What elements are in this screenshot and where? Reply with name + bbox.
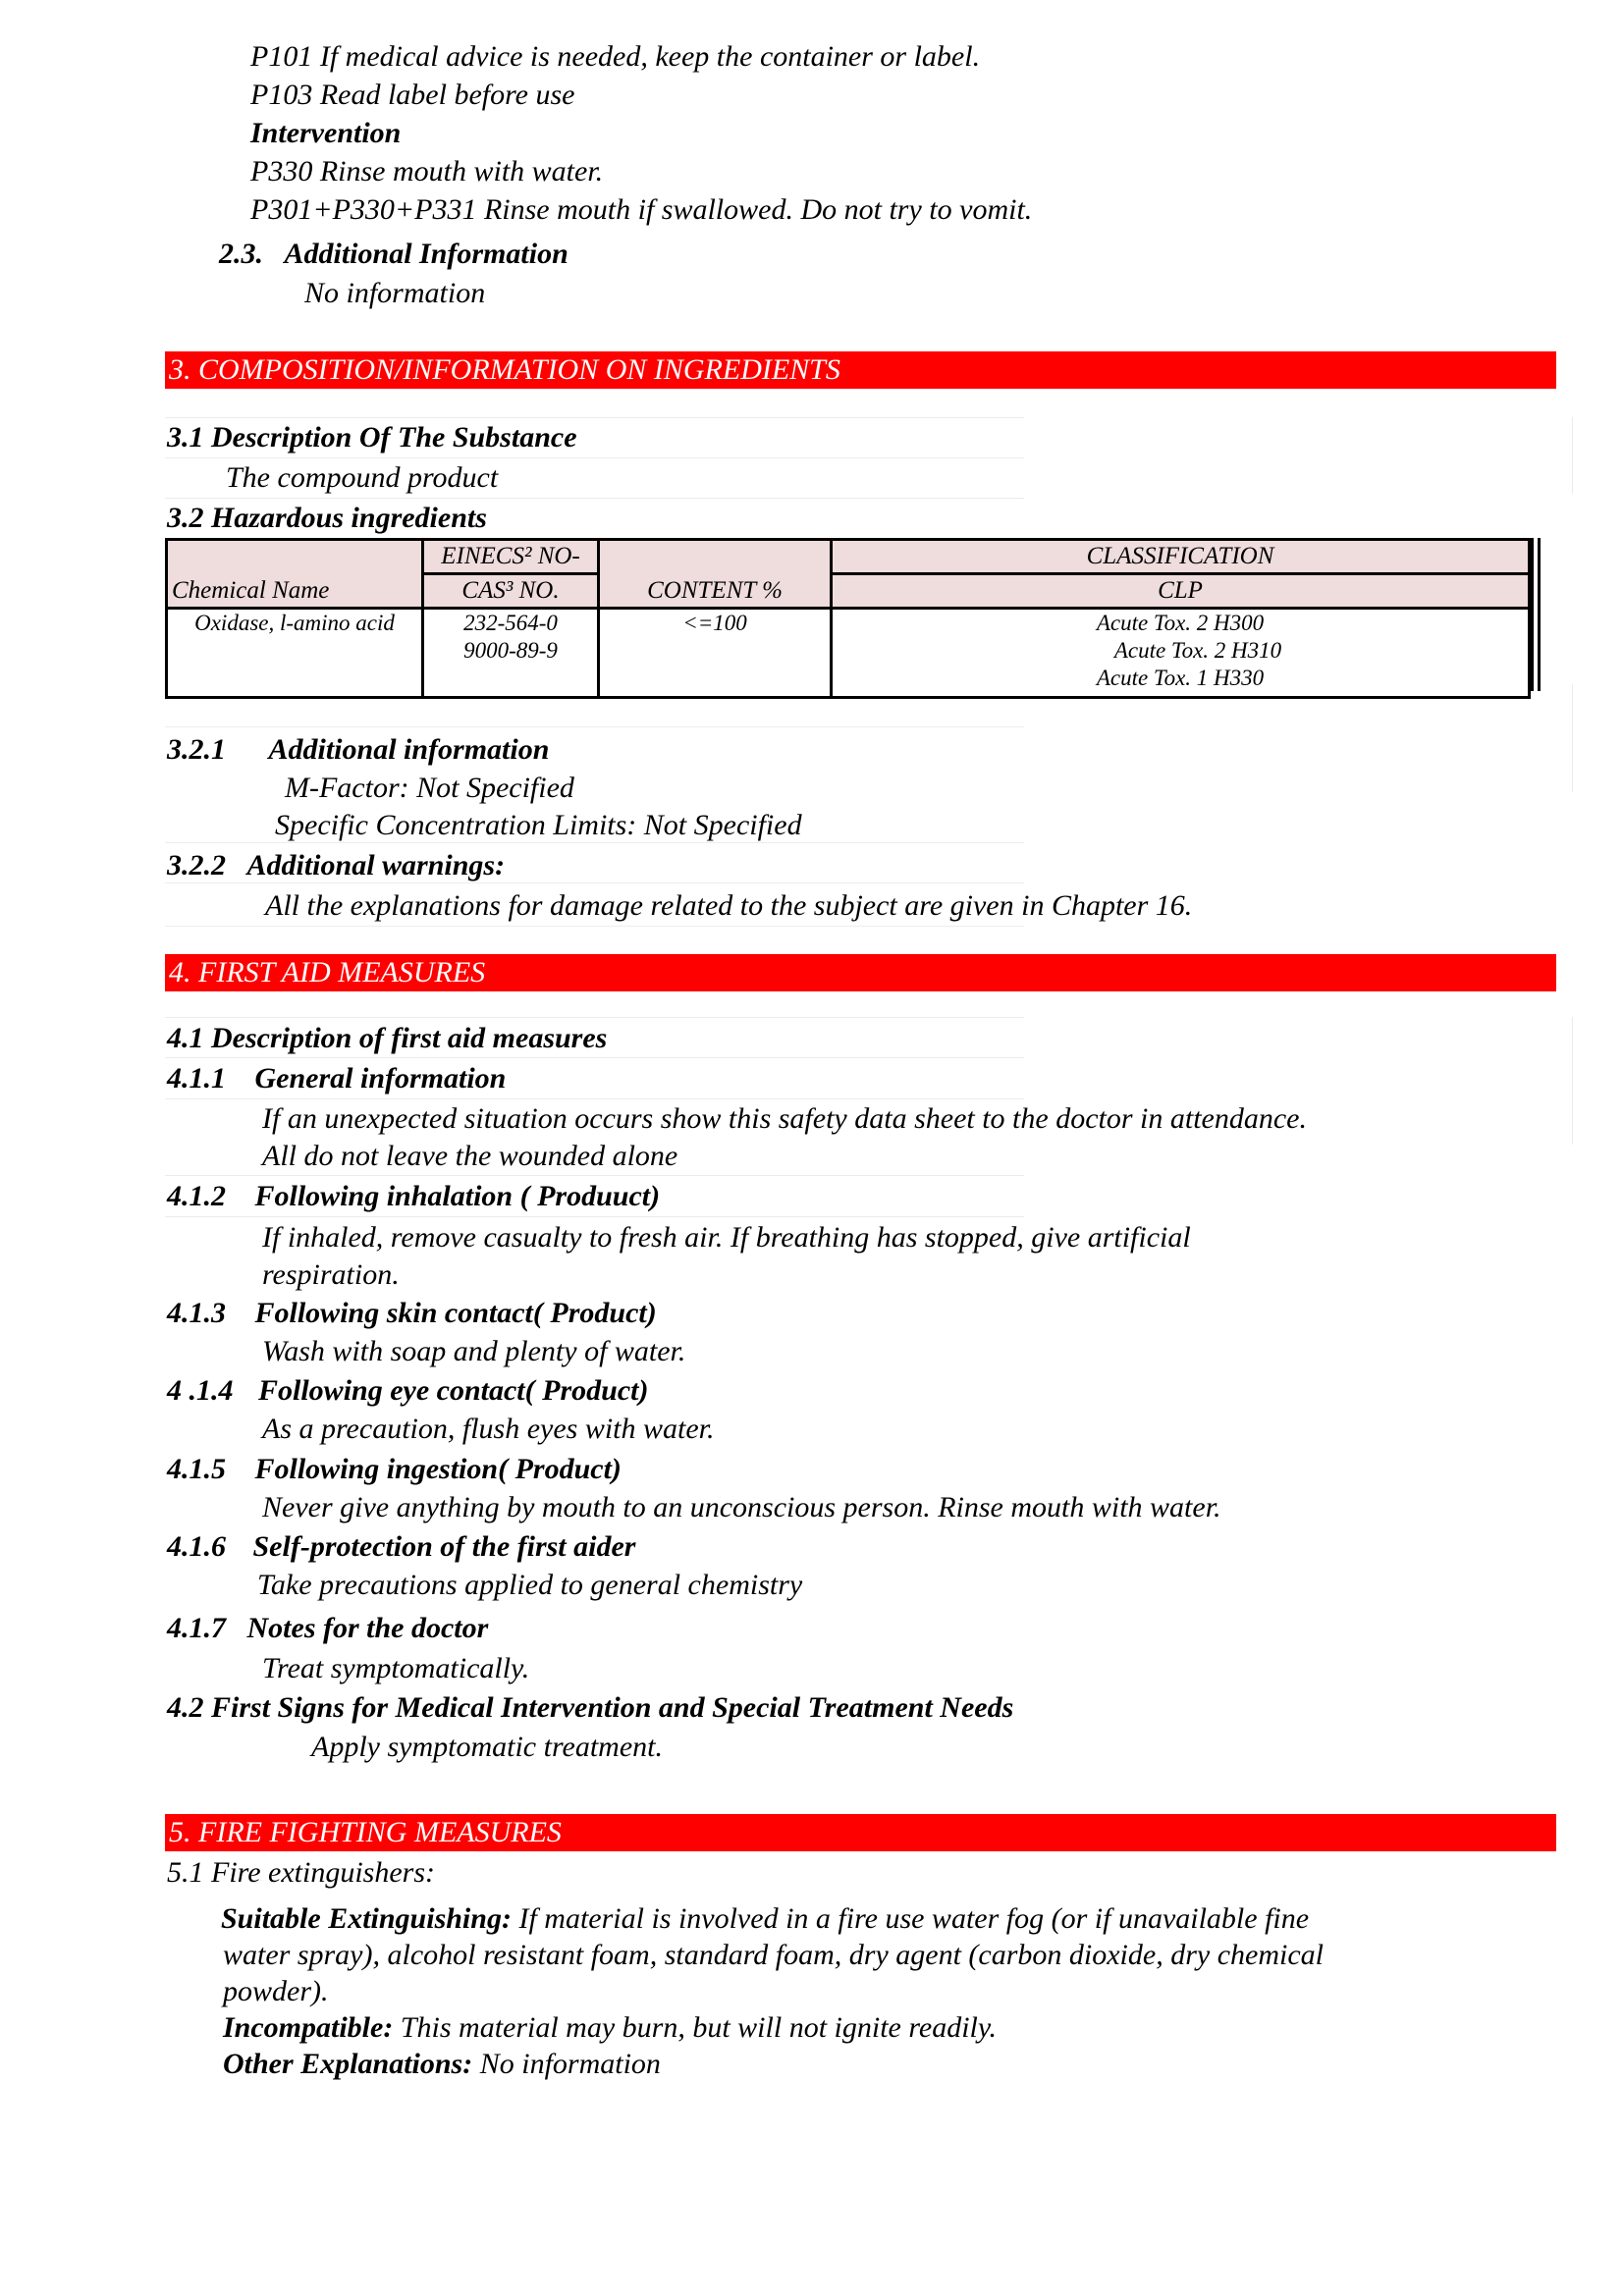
other-explanations: Other Explanations: No information (223, 2047, 661, 2082)
incompatible-label: Incompatible: (223, 2011, 393, 2044)
section-4-1-6-heading: 4.1.6 Self-protection of the first aider (167, 1529, 635, 1565)
incompatible: Incompatible: This material may burn, bu… (223, 2010, 997, 2046)
general-info-text: All do not leave the wounded alone (262, 1139, 677, 1174)
divider (165, 882, 1024, 883)
divider (165, 1098, 1024, 1099)
section-4-1-7-heading: 4.1.7 Notes for the doctor (167, 1611, 488, 1646)
section-title: Notes for the doctor (247, 1612, 489, 1644)
section-title: Following ingestion( Product) (255, 1453, 622, 1485)
precaution-p103: P103 Read label before use (250, 78, 574, 113)
treatment-text: Apply symptomatic treatment. (311, 1730, 663, 1765)
einecs-value: 232-564-0 (428, 610, 593, 637)
table-right-border (1531, 538, 1541, 691)
section-4-1-1-heading: 4.1.1 General information (167, 1061, 506, 1096)
section-4-1-3-heading: 4.1.3 Following skin contact( Product) (167, 1296, 657, 1331)
divider (1572, 1017, 1573, 1145)
concentration-limits: Specific Concentration Limits: Not Speci… (275, 808, 802, 843)
cell-clp: Acute Tox. 2 H300 Acute Tox. 2 H310 Acut… (832, 609, 1530, 698)
section-number: 4.1.5 (167, 1453, 226, 1485)
table-row: Oxidase, l-amino acid 232-564-0 9000-89-… (167, 609, 1530, 698)
divider (1572, 684, 1573, 792)
notes-doctor-text: Treat symptomatically. (262, 1651, 529, 1686)
section-number: 4.1.3 (167, 1297, 226, 1329)
section-number: 4 .1.4 (167, 1374, 234, 1407)
header-einecs: EINECS² NO- (423, 540, 599, 574)
header-chemical-name: Chemical Name (167, 540, 423, 609)
section-4-1-4-heading: 4 .1.4 Following eye contact( Product) (167, 1373, 648, 1409)
suitable-label: Suitable Extinguishing: (221, 1902, 512, 1935)
divider (165, 1017, 1024, 1018)
intervention-heading: Intervention (250, 116, 401, 151)
section-3-2-1-heading: 3.2.1 Additional information (167, 732, 549, 768)
section-3-banner: 3. COMPOSITION/INFORMATION ON INGREDIENT… (165, 351, 1556, 389)
additional-info-text: No information (304, 276, 485, 311)
divider (165, 457, 1024, 458)
suitable-text: If material is involved in a fire use wa… (512, 1902, 1309, 1935)
skin-contact-text: Wash with soap and plenty of water. (262, 1334, 685, 1369)
section-number: 3.2.1 (167, 733, 226, 766)
suitable-extinguishing: Suitable Extinguishing: If material is i… (221, 1901, 1309, 1937)
section-4-1-5-heading: 4.1.5 Following ingestion( Product) (167, 1452, 622, 1487)
section-title: Additional information (269, 733, 550, 766)
suitable-text-cont: water spray), alcohol resistant foam, st… (223, 1938, 1324, 1973)
section-number: 4.1.7 (167, 1612, 226, 1644)
divider (1572, 417, 1573, 494)
precaution-p101: P101 If medical advice is needed, keep t… (250, 39, 980, 75)
section-title: Following inhalation ( Produuct) (255, 1180, 661, 1212)
section-number: 3.2.2 (167, 849, 226, 881)
eye-contact-text: As a precaution, flush eyes with water. (262, 1412, 715, 1447)
section-3-2-heading: 3.2 Hazardous ingredients (167, 501, 487, 536)
inhalation-text: If inhaled, remove casualty to fresh air… (262, 1220, 1191, 1255)
other-label: Other Explanations: (223, 2048, 472, 2080)
substance-description: The compound product (226, 460, 498, 496)
divider (165, 1175, 1024, 1176)
section-title: General information (255, 1062, 507, 1095)
divider (165, 498, 1024, 499)
clp-value: Acute Tox. 1 H330 (837, 665, 1524, 692)
precaution-p301: P301+P330+P331 Rinse mouth if swallowed.… (250, 192, 1032, 228)
header-clp: CLP (832, 574, 1530, 609)
section-title: Self-protection of the first aider (253, 1530, 636, 1563)
section-4-1-2-heading: 4.1.2 Following inhalation ( Produuct) (167, 1179, 660, 1214)
hazardous-ingredients-table: Chemical Name EINECS² NO- CONTENT % CLAS… (165, 538, 1531, 699)
suitable-text-cont: powder). (223, 1974, 329, 2009)
header-cas: CAS³ NO. (423, 574, 599, 609)
section-title: Additional Information (285, 238, 568, 270)
section-5-banner: 5. FIRE FIGHTING MEASURES (165, 1814, 1556, 1851)
section-3-1-heading: 3.1 Description Of The Substance (167, 420, 577, 455)
general-info-text: If an unexpected situation occurs show t… (262, 1101, 1307, 1137)
precaution-p330: P330 Rinse mouth with water. (250, 154, 603, 189)
inhalation-text: respiration. (262, 1257, 400, 1293)
clp-value: Acute Tox. 2 H310 (837, 637, 1524, 665)
divider (165, 926, 1024, 927)
other-text: No information (472, 2048, 661, 2080)
additional-warnings-text: All the explanations for damage related … (265, 888, 1192, 924)
m-factor: M-Factor: Not Specified (285, 771, 574, 806)
cell-einecs-cas: 232-564-0 9000-89-9 (423, 609, 599, 698)
self-protection-text: Take precautions applied to general chem… (257, 1568, 802, 1603)
section-title: Additional warnings: (247, 849, 506, 881)
section-title: Following skin contact( Product) (255, 1297, 657, 1329)
divider (165, 726, 1024, 727)
section-4-1-heading: 4.1 Description of first aid measures (167, 1021, 607, 1056)
section-number: 4.1.2 (167, 1180, 226, 1212)
section-number: 2.3. (219, 238, 263, 270)
divider (165, 842, 1024, 843)
section-4-2-heading: 4.2 First Signs for Medical Intervention… (167, 1690, 1013, 1726)
section-4-banner: 4. FIRST AID MEASURES (165, 954, 1556, 991)
incompatible-text: This material may burn, but will not ign… (393, 2011, 997, 2044)
ingestion-text: Never give anything by mouth to an uncon… (262, 1490, 1221, 1525)
divider (165, 417, 1024, 418)
section-title: Following eye contact( Product) (258, 1374, 648, 1407)
section-3-2-2-heading: 3.2.2 Additional warnings: (167, 848, 505, 883)
section-number: 4.1.6 (167, 1530, 226, 1563)
section-number: 4.1.1 (167, 1062, 226, 1095)
divider (165, 1057, 1024, 1058)
section-5-1-heading: 5.1 Fire extinguishers: (167, 1855, 435, 1891)
header-classification: CLASSIFICATION (832, 540, 1530, 574)
header-content: CONTENT % (599, 540, 832, 609)
clp-value: Acute Tox. 2 H300 (837, 610, 1524, 637)
cell-chemical-name: Oxidase, l-amino acid (167, 609, 423, 698)
section-2-3-heading: 2.3. Additional Information (219, 237, 568, 272)
cas-value: 9000-89-9 (428, 637, 593, 665)
divider (165, 1216, 1024, 1217)
cell-content: <=100 (599, 609, 832, 698)
